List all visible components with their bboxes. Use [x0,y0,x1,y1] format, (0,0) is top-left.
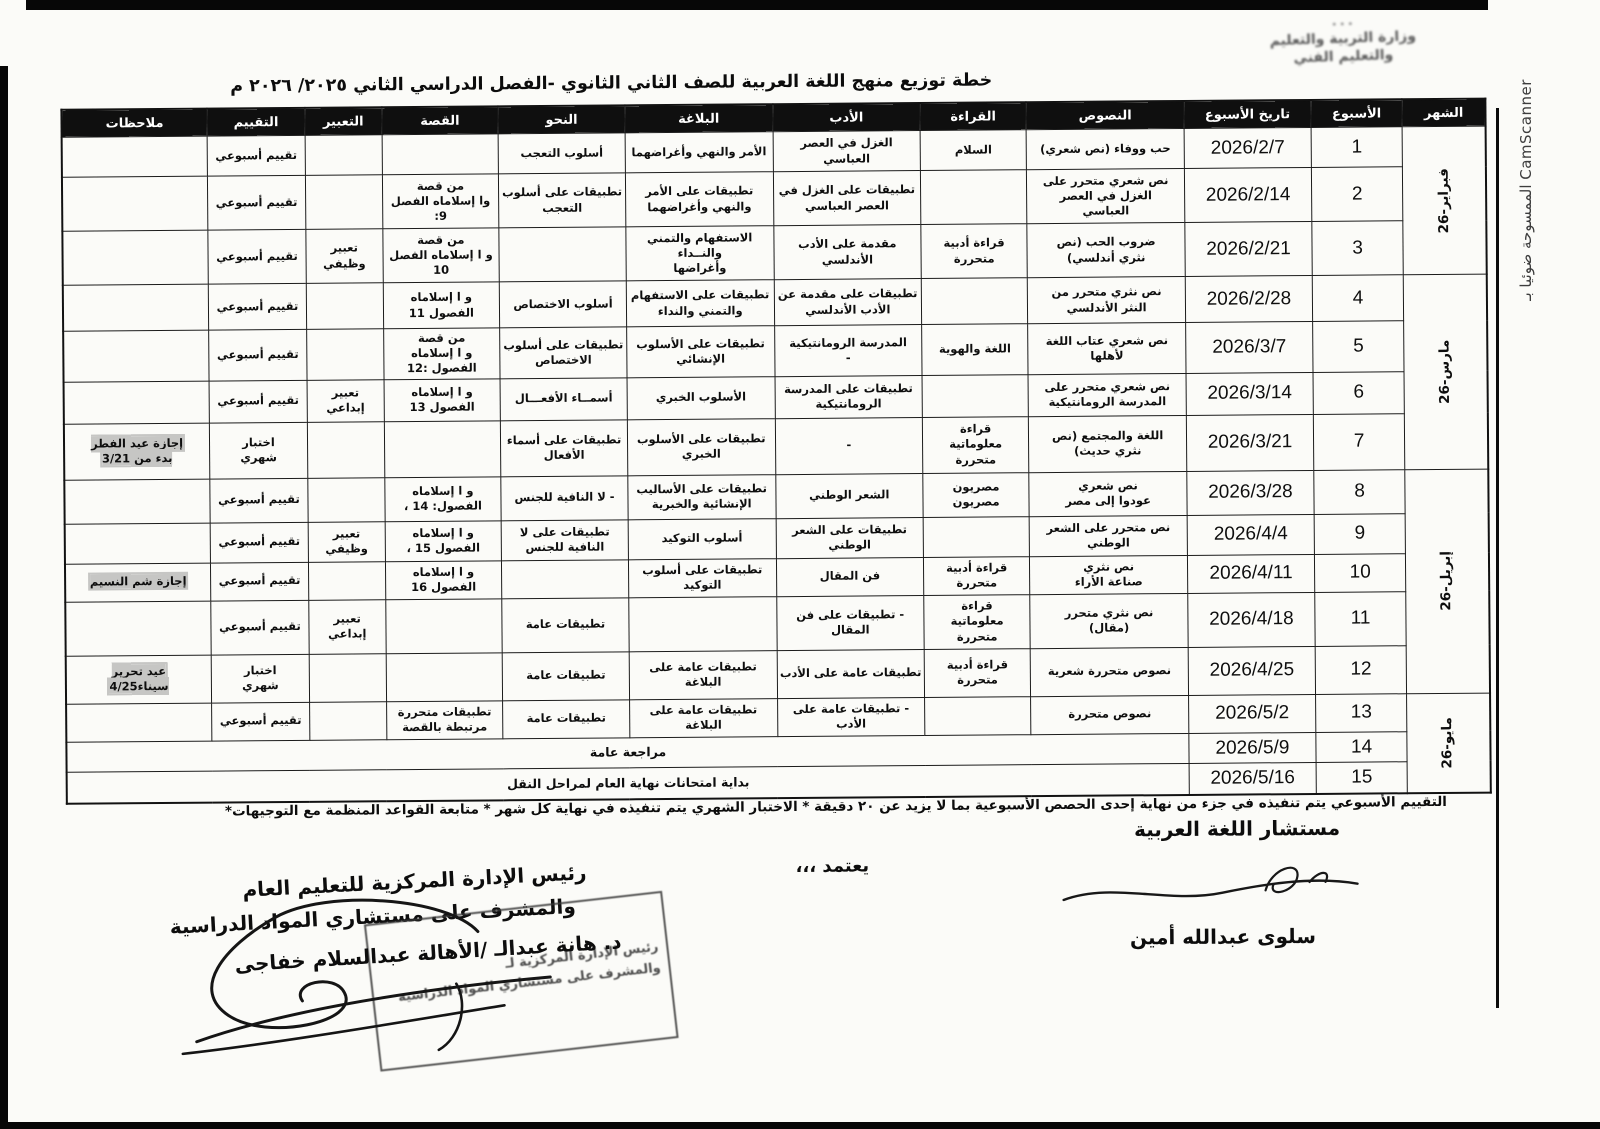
week-cell: 10 [1314,553,1406,592]
nosos-cell: نص نثري صناعة الأراء [1030,555,1188,594]
date-cell: 2026/2/21 [1185,221,1312,276]
taqyeem-cell: تقييم أسبوعي [208,283,306,330]
date-cell: 2026/4/4 [1187,514,1314,555]
adab-cell: الشعر الوطني [775,473,923,518]
column-header: الأسبوع [1311,99,1403,127]
date-cell: 2026/2/7 [1184,127,1311,168]
tabeer-cell [308,561,385,600]
ministry-logo-line2: والتعليم الفني [1293,47,1393,66]
balagha-cell: تطبيقات على أسلوب التوكيد [628,558,776,597]
tabeer-cell [305,135,382,176]
adab-cell: فن المقال [776,557,924,596]
molahazat-cell: إجازة عيد الفطر بدء من 3/21 [64,423,210,480]
holiday-highlight: إجازة عيد الفطر بدء من 3/21 [91,436,183,466]
week-cell: 4 [1312,275,1404,322]
adab-cell: تطبيقات عامة على الأدب [777,649,925,698]
nahw-cell: - لا النافية للجنس [501,475,628,520]
nosos-cell: اللغة والمجتمع (نص نثري حديث) [1028,415,1186,472]
adab-cell: المدرسة الرومانتيكية - [774,325,922,377]
qeraa-cell [923,516,1029,557]
tabeer-cell [306,329,383,380]
molahazat-cell: عيد تحرير سيناء4/25 [66,655,212,704]
qissa-cell: من قصة و ا إسلاماه الفصول :12 [383,328,500,379]
balagha-cell [629,596,777,651]
qeraa-cell: قراءة أدبية متحررة [921,224,1027,279]
molahazat-cell [62,136,208,177]
nosos-cell: نص نثري متحرر من النثر الأندلسي [1027,276,1185,323]
nahw-cell: تطبيقات عامة [502,651,629,700]
accreditation-note: يعتمد ،،، [747,855,917,877]
curriculum-table: الشهرالأسبوعتاريخ الأسبوعالنصوصالقراءةال… [60,98,1491,805]
adab-cell: تطبيقات على الشعر الوطني [776,517,924,558]
qissa-cell: و ا إسلاماه الفصول 15 ، [385,520,502,561]
column-header: التعبير [305,107,382,135]
week-cell: 11 [1315,591,1407,646]
date-cell: 2026/5/9 [1189,732,1316,763]
advisor-name: سلوى عبدالله أمين [1088,924,1358,950]
molahazat-cell [63,284,209,331]
week-cell: 3 [1312,221,1404,276]
date-cell: 2026/4/18 [1188,592,1315,647]
nosos-cell: نص نثري متحرر (مقال) [1030,593,1188,648]
qeraa-cell: مصريون مصريون [923,472,1029,517]
table-body: فبراير-2612026/2/7حب ووفاء (نص شعري)السل… [62,126,1491,804]
qeraa-cell [921,170,1027,225]
nahw-cell: أسلوب الاختصاص [499,281,626,328]
qeraa-cell [921,278,1027,325]
balagha-cell: الاستفهام والتمني والنــداء وأغراضها [626,226,774,281]
date-cell: 2026/5/2 [1189,694,1316,733]
qissa-cell: و ا إسلاماه الفصول 13 [384,378,501,421]
taqyeem-cell: اختبار شهري [209,422,307,479]
molahazat-cell [64,479,210,524]
nosos-cell: نص شعري متحرر على المدرسة الرومانتيكية [1028,373,1186,416]
column-header: البلاغة [625,104,773,133]
balagha-cell: الأمر والنهي وأغراضهما [625,132,773,173]
qeraa-cell: قراءة معلوماتية متحررة [922,416,1028,473]
nahw-cell [499,227,626,282]
nahw-cell: أسلوب التعجب [498,133,625,174]
page-title: خطة توزيع منهج اللغة العربية للصف الثاني… [171,70,1051,97]
advisor-signature [1057,848,1368,925]
scanned-document-page: الممسوحة ضوئيا بـ CamScanner ٭ ٭ ٭ وزارة… [0,0,1600,1129]
tabeer-cell: تعبير وظيفي [306,229,383,284]
qissa-cell: من قصة وا إسلاماه الفصل 9: [382,174,499,229]
balagha-cell: تطبيقات على الاستفهام والتمني والنداء [626,280,774,327]
column-header: النحو [498,105,625,133]
molahazat-cell: إجازة شم النسيم [65,563,211,602]
qissa-cell [382,134,499,175]
tabeer-cell: تعبير وظيفي [308,521,385,562]
nahw-cell: تطبيقات عامة [503,699,630,738]
adab-cell: - تطبيقات عامة على الأدب [777,697,925,736]
date-cell: 2026/3/14 [1186,372,1313,415]
week-cell: 1 [1311,127,1403,168]
tabeer-cell [309,653,386,702]
molahazat-cell [64,381,210,424]
date-cell: 2026/4/25 [1188,646,1315,695]
taqyeem-cell: تقييم أسبوعي [208,175,306,230]
tabeer-cell [308,477,385,522]
taqyeem-cell: تقييم أسبوعي [211,562,309,601]
molahazat-cell [66,703,212,742]
balagha-cell: تطبيقات على الأسلوب الإنشائي [627,326,775,378]
tabeer-cell: تعبير إبداعي [309,599,386,654]
nosos-cell: حب ووفاء (نص شعري) [1026,128,1184,169]
week-cell: 13 [1315,693,1407,732]
balagha-cell: أسلوب التوكيد [628,518,776,559]
chief-signature [138,887,569,1080]
adab-cell: مقدمة على الأدب الأندلسي [773,225,921,280]
adab-cell: تطبيقات على المدرسة الرومانتيكية [775,375,923,418]
adab-cell: تطبيقات على الغزل في العصر العباسي [773,171,921,226]
balagha-cell: تطبيقات عامة على البلاغة [629,650,777,699]
qissa-cell [386,652,503,701]
nahw-cell: تطبيقات على أسلوب التعجب [499,173,626,228]
taqyeem-cell: تقييم أسبوعي [212,702,310,741]
ministry-logo: ٭ ٭ ٭ وزارة التربية والتعليم والتعليم ال… [1257,17,1428,69]
adab-cell: تطبيقات على مقدمة عن الأدب الأندلسي [774,279,922,326]
nahw-cell: تطبيقات على لا النافية للجنس [501,519,628,560]
qissa-cell: تطبيقات متحررة مرتبطة بالقصة [386,700,503,739]
qissa-cell [385,598,502,653]
tabeer-cell: تعبير إبداعي [307,379,384,422]
holiday-highlight: عيد تحرير سيناء4/25 [109,664,168,694]
qeraa-cell: قراءة أدبية متحررة [924,648,1030,697]
date-cell: 2026/2/28 [1185,275,1312,322]
holiday-highlight: إجازة شم النسيم [90,574,187,589]
date-cell: 2026/3/7 [1186,321,1313,373]
molahazat-cell [63,330,209,382]
date-cell: 2026/5/16 [1189,762,1316,795]
qeraa-cell [922,374,1028,417]
qissa-cell: من قصة و ا إسلاماه الفصل 10 [383,228,500,283]
taqyeem-cell: تقييم أسبوعي [210,522,308,563]
nosos-cell: نصوص متحررة [1031,695,1189,734]
balagha-cell: تطبيقات على الأمر والنهي وأغراضهما [625,172,773,227]
taqyeem-cell: تقييم أسبوعي [209,329,307,380]
balagha-cell: تطبيقات على الأساليب الإنشائية والخبرية [628,474,776,519]
column-header: القراءة [920,102,1026,130]
document-body: ٭ ٭ ٭ وزارة التربية والتعليم والتعليم ال… [0,0,1600,1129]
month-cell: فبراير-26 [1402,126,1486,275]
tabeer-cell [305,175,382,230]
molahazat-cell [65,523,211,564]
nosos-cell: نص شعري عتاب اللغة لأهلها [1028,322,1186,374]
nosos-cell: نص متحرر على الشعر الوطني [1029,515,1187,556]
adab-cell: - تطبيقات على فن المقال [776,595,924,650]
date-cell: 2026/3/28 [1187,470,1314,515]
month-cell: مارس-26 [1404,274,1489,469]
qeraa-cell: السلام [920,130,1026,171]
taqyeem-cell: تقييم أسبوعي [207,135,305,176]
column-header: الأدب [772,103,920,132]
nahw-cell [502,559,629,598]
qeraa-cell: اللغة والهوية [922,324,1028,375]
column-header: الشهر [1402,99,1485,127]
molahazat-cell [65,601,211,656]
column-header: النصوص [1026,101,1184,130]
qissa-cell: و ا إسلاماه الفصول: 14 ، [385,476,502,521]
week-cell: 6 [1313,371,1405,414]
taqyeem-cell: تقييم أسبوعي [210,478,308,523]
tabeer-cell [307,421,384,478]
nosos-cell: نصوص متحررة شعرية [1030,647,1188,696]
week-cell: 15 [1316,761,1408,794]
qissa-cell: و ا إسلاماه الفصول 16 [385,560,502,599]
week-cell: 8 [1314,469,1406,514]
date-cell: 2026/2/14 [1185,167,1312,222]
tabeer-cell [309,701,386,740]
balagha-cell: تطبيقات على الأسلوب الخبري [627,418,775,475]
nahw-cell: تطبيقات على أسماء الأفعال [500,419,627,476]
nosos-cell: ضروب الحب (نص نثري أندلسي) [1027,222,1185,277]
column-header: التقييم [207,108,305,136]
week-cell: 9 [1314,513,1406,554]
column-header: القصة [382,106,499,134]
adab-cell: - [775,417,923,474]
taqyeem-cell: تقييم أسبوعي [208,229,306,284]
taqyeem-cell: اختبار شهري [211,654,309,703]
qissa-cell [384,420,501,477]
week-cell: 5 [1313,321,1405,372]
date-cell: 2026/3/21 [1186,414,1313,471]
week-cell: 12 [1315,645,1407,694]
balagha-cell: تطبيقات عامة على البلاغة [629,698,777,737]
molahazat-cell [62,176,208,231]
qeraa-cell: قراءة أدبية متحررة [924,556,1030,595]
month-cell: إبريل-26 [1405,469,1490,694]
nosos-cell: نص شعري عودوا إلى مصر [1029,471,1187,516]
month-cell: مايو-26 [1407,693,1491,794]
nahw-cell: أسمــاء الأفعـــال [500,377,627,420]
column-header: ملاحظات [61,109,207,138]
tabeer-cell [306,283,383,330]
taqyeem-cell: تقييم أسبوعي [211,600,309,655]
molahazat-cell [62,230,208,285]
qeraa-cell [925,696,1031,735]
qeraa-cell: قراءة معلوماتية متحررة [924,594,1030,649]
date-cell: 2026/4/11 [1188,554,1315,593]
qissa-cell: و ا إسلاماه الفصول 11 [383,282,500,329]
balagha-cell: الأسلوب الخبري [627,376,775,419]
nosos-cell: نص شعري متحرر على الغزل في العصر العباسي [1027,168,1185,223]
week-cell: 2 [1311,167,1403,222]
column-header: تاريخ الأسبوع [1184,100,1311,128]
adab-cell: الغزل في العصر العباسي [773,131,921,172]
nahw-cell: تطبيقات عامة [502,597,629,652]
week-cell: 7 [1313,413,1405,470]
nahw-cell: تطبيقات على أسلوب الاختصاص [500,327,627,379]
advisor-title: مستشار اللغة العربية [1102,816,1372,842]
taqyeem-cell: تقييم أسبوعي [209,380,307,423]
week-cell: 14 [1316,731,1408,762]
